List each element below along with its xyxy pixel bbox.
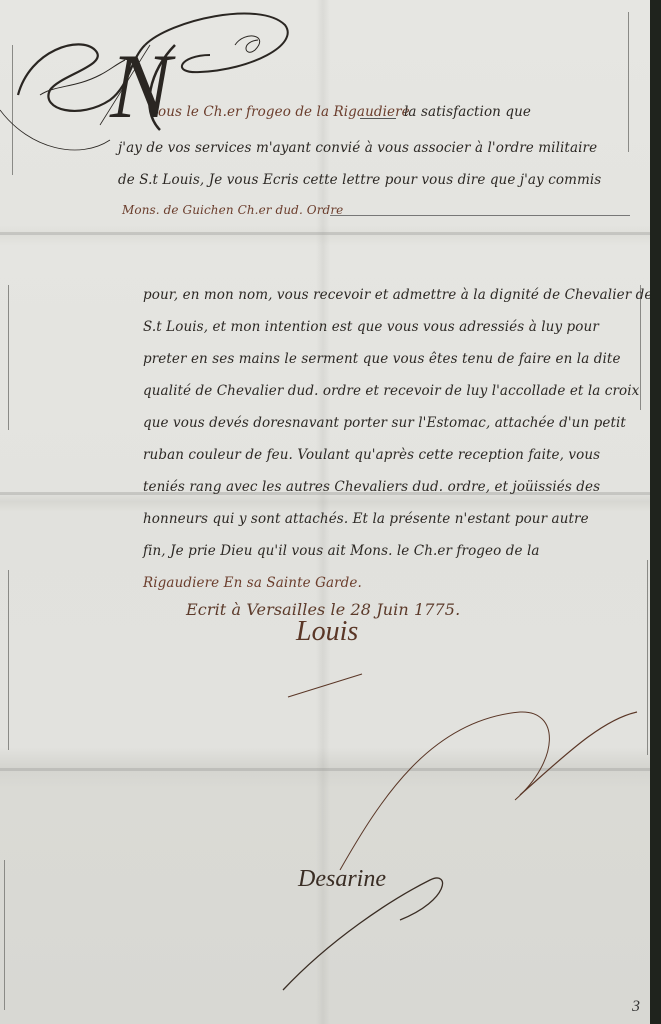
minister-signature: Desarine: [298, 866, 386, 893]
letter-sheet: N ous le Ch.er frogeo de la Rigaudiere l…: [0, 0, 650, 1024]
background-edge: [650, 0, 661, 1024]
page-number: 3: [632, 998, 640, 1016]
